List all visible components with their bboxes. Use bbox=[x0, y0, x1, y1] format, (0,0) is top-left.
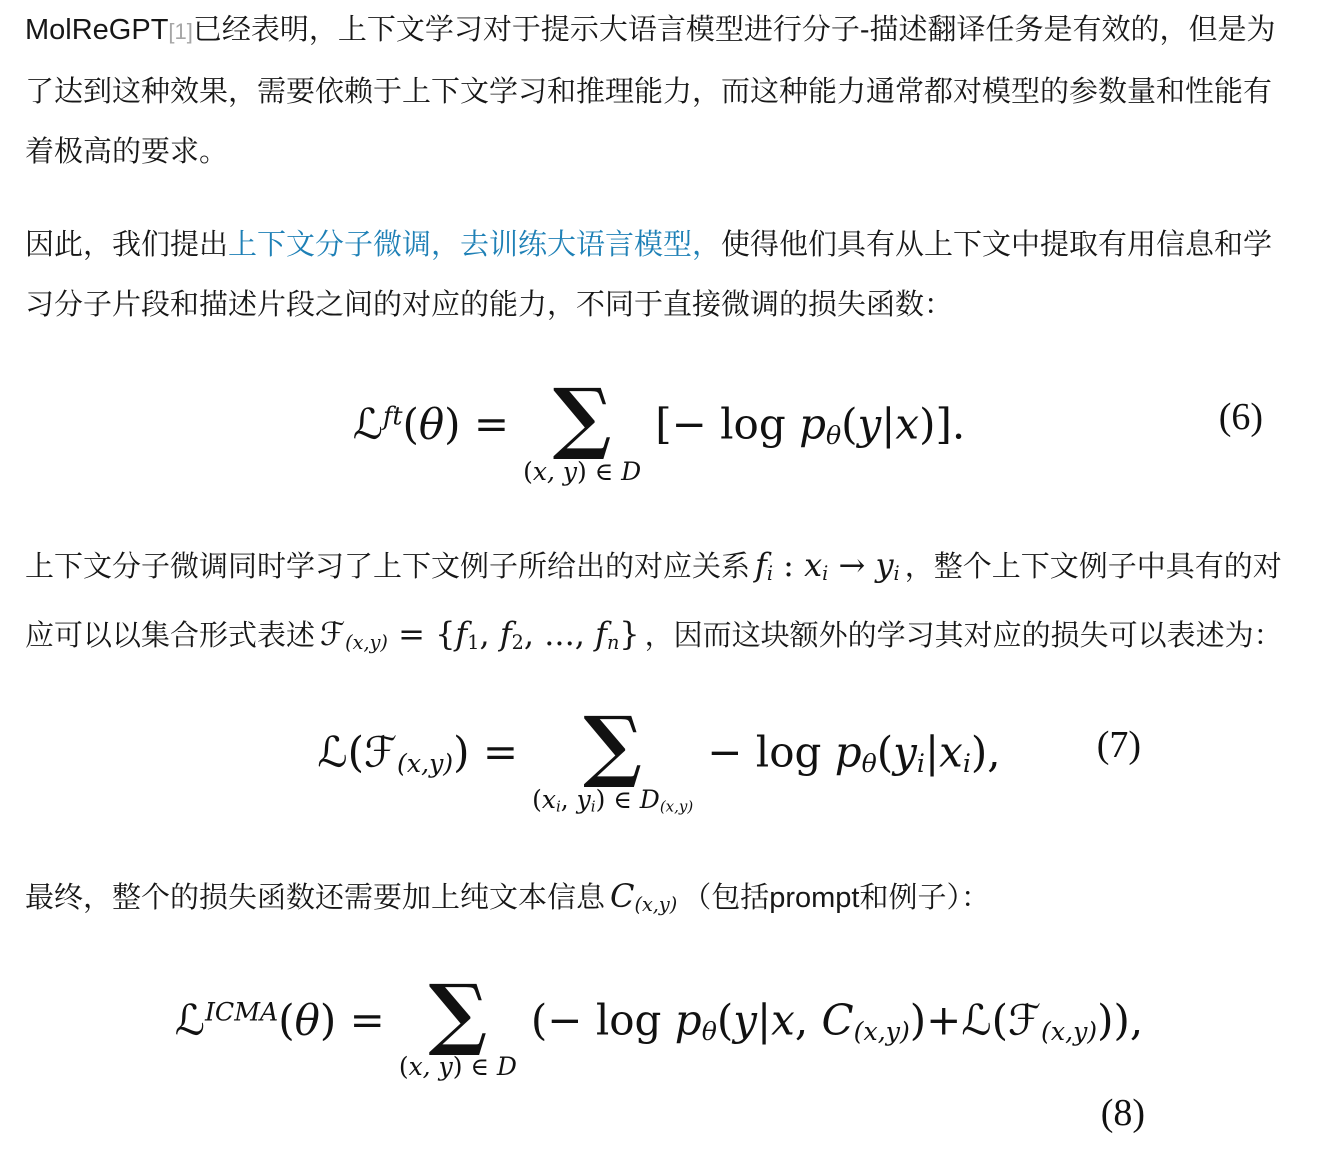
text-segment: MolReGPT bbox=[25, 14, 168, 46]
math-token: C bbox=[610, 877, 634, 915]
math-token: } bbox=[619, 615, 639, 653]
math-token: , bbox=[561, 785, 577, 814]
math-token: )]. bbox=[919, 399, 965, 448]
math-token: = { bbox=[388, 615, 456, 653]
equation-number-8: (8) bbox=[25, 1091, 1293, 1135]
math-token: | bbox=[925, 728, 939, 777]
math-token: ( bbox=[399, 1052, 409, 1081]
math-token: ) ∈ bbox=[596, 785, 640, 814]
math-token: y bbox=[893, 728, 917, 777]
math-token: D bbox=[621, 457, 641, 486]
math-token: | bbox=[881, 399, 895, 448]
math-token: p bbox=[835, 728, 862, 777]
math-token: ( bbox=[532, 785, 542, 814]
sum-operator: ∑(x, y) ∈ D bbox=[399, 978, 517, 1083]
math-token: x, y bbox=[409, 1052, 453, 1081]
equation-8: ℒICMA(θ) =∑(x, y) ∈ D(− log pθ(y|x, C(x,… bbox=[25, 971, 1293, 1075]
math-token: ( bbox=[992, 995, 1008, 1044]
equation-7: ℒ(ℱ(x,y)) =∑(xi, yi) ∈ D(x,y)− log pθ(yi… bbox=[25, 703, 1293, 807]
math-token: y bbox=[733, 995, 757, 1044]
text-segment: 上下文分子微调同时学习了上下文例子所给出的对应关系 bbox=[25, 551, 750, 583]
equation-number: (6) bbox=[1219, 395, 1263, 439]
math-token: ), bbox=[971, 728, 1001, 777]
math-token: θ bbox=[702, 1016, 717, 1045]
math-token: f bbox=[755, 546, 767, 584]
math-token: (x,y) bbox=[345, 631, 388, 654]
math-token: (x,y) bbox=[854, 1016, 910, 1045]
math-token: (x,y) bbox=[660, 797, 693, 815]
math-token: D bbox=[497, 1052, 517, 1081]
equation-6: ℒft(θ) =∑(x, y) ∈ D[− log pθ(y|x)].(6) bbox=[25, 375, 1293, 479]
math-token: x bbox=[771, 995, 795, 1044]
math-token: (x,y) bbox=[1041, 1016, 1097, 1045]
math-token: ( bbox=[841, 399, 857, 448]
math-token: θ bbox=[419, 399, 444, 448]
sigma-icon: ∑ bbox=[428, 978, 487, 1050]
sigma-icon: ∑ bbox=[583, 710, 642, 782]
math-token: (x,y) bbox=[635, 894, 678, 917]
math-token: , ..., bbox=[524, 615, 595, 653]
math-token: ) = bbox=[320, 995, 385, 1044]
paragraph-proposal: 因此，我们提出上下文分子微调，去训练大语言模型，使得他们具有从上下文中提取有用信… bbox=[25, 215, 1293, 335]
sum-limits: (x, y) ∈ D bbox=[523, 458, 641, 487]
math-token: x bbox=[804, 546, 822, 584]
equation-number: (7) bbox=[1097, 723, 1141, 767]
math-token: ℒ bbox=[961, 995, 991, 1044]
math-token: ) ∈ bbox=[453, 1052, 497, 1081]
math-token: ) = bbox=[453, 728, 518, 777]
math-token: ft bbox=[383, 401, 402, 430]
paragraph-icl-loss: 上下文分子微调同时学习了上下文例子所给出的对应关系fi : xi → yi，整个… bbox=[25, 535, 1293, 673]
math-token: ℒ bbox=[317, 728, 347, 777]
math-token: y bbox=[577, 785, 591, 814]
sigma-icon: ∑ bbox=[553, 382, 612, 454]
citation-ref[interactable]: [1] bbox=[168, 19, 192, 44]
document-page: MolReGPT[1]已经表明，上下文学习对于提示大语言模型进行分子-描述翻译任… bbox=[0, 0, 1318, 1176]
math-token: i bbox=[917, 750, 925, 779]
math-token: ( bbox=[877, 728, 893, 777]
math-token: y bbox=[875, 546, 893, 584]
math-token: y bbox=[858, 399, 882, 448]
math-token: i bbox=[894, 562, 900, 585]
inline-math-context: C(x,y) bbox=[610, 877, 677, 915]
text-segment: ，因而这块额外的学习其对应的损失可以表述为： bbox=[645, 620, 1283, 652]
math-token: (x,y) bbox=[397, 750, 453, 779]
paragraph-final-loss: 最终，整个的损失函数还需要加上纯文本信息C(x,y)（包括prompt和例子）： bbox=[25, 866, 1293, 935]
math-token: 2 bbox=[512, 631, 524, 654]
sum-limits: (x, y) ∈ D bbox=[399, 1053, 517, 1082]
math-token: f bbox=[595, 615, 607, 653]
math-token: x bbox=[542, 785, 556, 814]
math-token: f bbox=[455, 615, 467, 653]
math-token: : bbox=[773, 546, 804, 584]
math-token: )), bbox=[1097, 995, 1143, 1044]
math-token: ( bbox=[717, 995, 733, 1044]
paragraph-molregpt: MolReGPT[1]已经表明，上下文学习对于提示大语言模型进行分子-描述翻译任… bbox=[25, 0, 1293, 182]
math-token: p bbox=[799, 399, 826, 448]
math-token: ℱ bbox=[364, 728, 397, 777]
math-token: , bbox=[479, 615, 499, 653]
sum-operator: ∑(x, y) ∈ D bbox=[523, 382, 641, 487]
math-token: ( bbox=[402, 399, 418, 448]
math-token: x bbox=[895, 399, 919, 448]
math-token: )+ bbox=[910, 995, 962, 1044]
math-token: n bbox=[607, 631, 619, 654]
math-token: ℒ bbox=[175, 995, 205, 1044]
math-token: ICMA bbox=[205, 997, 278, 1026]
math-token: − log bbox=[707, 728, 835, 777]
math-token: θ bbox=[826, 421, 841, 450]
inline-math-mapping: fi : xi → yi bbox=[755, 546, 900, 584]
text-segment: 已经表明，上下文学习对于提示大语言模型进行分子-描述翻译任务是有效的，但是为了达… bbox=[25, 14, 1276, 168]
math-token: θ bbox=[295, 995, 320, 1044]
math-token: f bbox=[500, 615, 512, 653]
math-token: C bbox=[822, 995, 854, 1044]
sum-limits: (xi, yi) ∈ D(x,y) bbox=[532, 786, 693, 816]
math-token: ( bbox=[278, 995, 294, 1044]
math-token: p bbox=[675, 995, 702, 1044]
math-token: ) = bbox=[444, 399, 509, 448]
math-token: , bbox=[795, 995, 822, 1044]
math-token: | bbox=[757, 995, 771, 1044]
math-token: ℱ bbox=[320, 615, 345, 653]
math-token: i bbox=[963, 750, 971, 779]
sum-operator: ∑(xi, yi) ∈ D(x,y) bbox=[532, 710, 693, 815]
math-token: 1 bbox=[467, 631, 479, 654]
math-token: → bbox=[828, 546, 875, 584]
math-token: (− log bbox=[531, 995, 675, 1044]
math-token: x bbox=[939, 728, 963, 777]
math-token: [− log bbox=[655, 399, 799, 448]
text-segment: （包括prompt和例子）： bbox=[682, 882, 990, 914]
math-token: ) ∈ bbox=[577, 457, 621, 486]
inline-math-set: ℱ(x,y) = {f1, f2, ..., fn} bbox=[320, 615, 640, 653]
math-token: ℱ bbox=[1008, 995, 1041, 1044]
math-token: ( bbox=[348, 728, 364, 777]
text-segment: 最终，整个的损失函数还需要加上纯文本信息 bbox=[25, 882, 605, 914]
text-segment: 因此，我们提出 bbox=[25, 229, 228, 261]
math-token: ( bbox=[523, 457, 533, 486]
math-token: ℒ bbox=[353, 399, 383, 448]
math-token: θ bbox=[862, 750, 877, 779]
math-token: x, y bbox=[533, 457, 577, 486]
math-token: D bbox=[640, 785, 660, 814]
in-context-finetune-link[interactable]: 上下文分子微调，去训练大语言模型， bbox=[228, 229, 721, 261]
